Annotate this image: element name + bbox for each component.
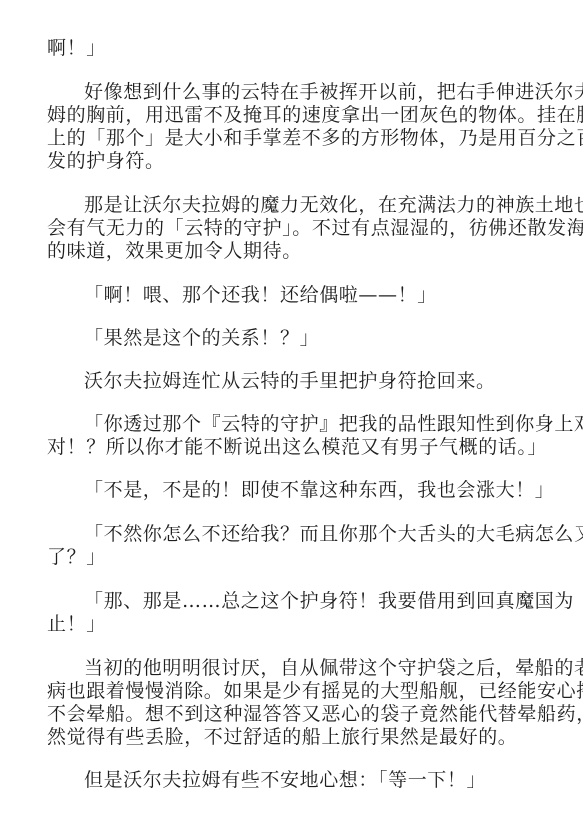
text-line: 上的「那个」是大小和手掌差不多的方形物体，乃是用百分之百毛 bbox=[47, 126, 583, 150]
dialogue-line: 「果然是这个的关系！？」 bbox=[84, 326, 319, 350]
text-line: 然觉得有些丢脸，不过舒适的船上旅行果然是最好的。 bbox=[47, 725, 517, 749]
text-line: 发的护身符。 bbox=[47, 149, 165, 173]
dialogue-line: 「不然你怎么不还给我？而且你那个大舌头的大毛病怎么又犯 bbox=[84, 522, 583, 546]
text-line: 好像想到什么事的云特在手被挥开以前，把右手伸进沃尔夫拉 bbox=[84, 80, 583, 104]
dialogue-line: 止！」 bbox=[47, 612, 106, 636]
dialogue-line: 「啊！喂、那个还我！还给偶啦——！」 bbox=[84, 283, 437, 307]
dialogue-line: 「你透过那个『云特的守护』把我的品性跟知性到你身上对不 bbox=[84, 412, 583, 436]
text-line: 会有气无力的「云特的守护」。不过有点湿湿的，彷佛还散发海岸 bbox=[47, 216, 583, 240]
text-line: 那是让沃尔夫拉姆的魔力无效化，在充满法力的神族土地也不 bbox=[84, 193, 583, 217]
text-line: 当初的他明明很讨厌，自从佩带这个守护袋之后，晕船的老毛 bbox=[84, 656, 583, 680]
text-line: 病也跟着慢慢消除。如果是少有摇晃的大型船舰，已经能安心搭乘 bbox=[47, 679, 583, 703]
text-line: 的味道，效果更加令人期待。 bbox=[47, 239, 302, 263]
text-line: 沃尔夫拉姆连忙从云特的手里把护身符抢回来。 bbox=[84, 369, 496, 393]
dialogue-line: 「不是，不是的！即使不靠这种东西，我也会涨大！」 bbox=[84, 478, 554, 502]
text-line: 啊！」 bbox=[47, 36, 106, 60]
text-line: 不会晕船。想不到这种湿答答又恶心的袋子竟然能代替晕船药，虽 bbox=[47, 702, 583, 726]
dialogue-line: 「那、那是……总之这个护身符！我要借用到回真魔国为 bbox=[84, 589, 574, 613]
text-line: 但是沃尔夫拉姆有些不安地心想：「等一下！」 bbox=[84, 768, 486, 792]
dialogue-line: 了？」 bbox=[47, 545, 106, 569]
text-line: 姆的胸前，用迅雷不及掩耳的速度拿出一团灰色的物体。挂在脖子 bbox=[47, 103, 583, 127]
document-page: 啊！」 好像想到什么事的云特在手被挥开以前，把右手伸进沃尔夫拉 姆的胸前，用迅雷… bbox=[0, 0, 583, 828]
dialogue-line: 对！？所以你才能不断说出这么模范又有男子气概的话。」 bbox=[47, 435, 547, 459]
